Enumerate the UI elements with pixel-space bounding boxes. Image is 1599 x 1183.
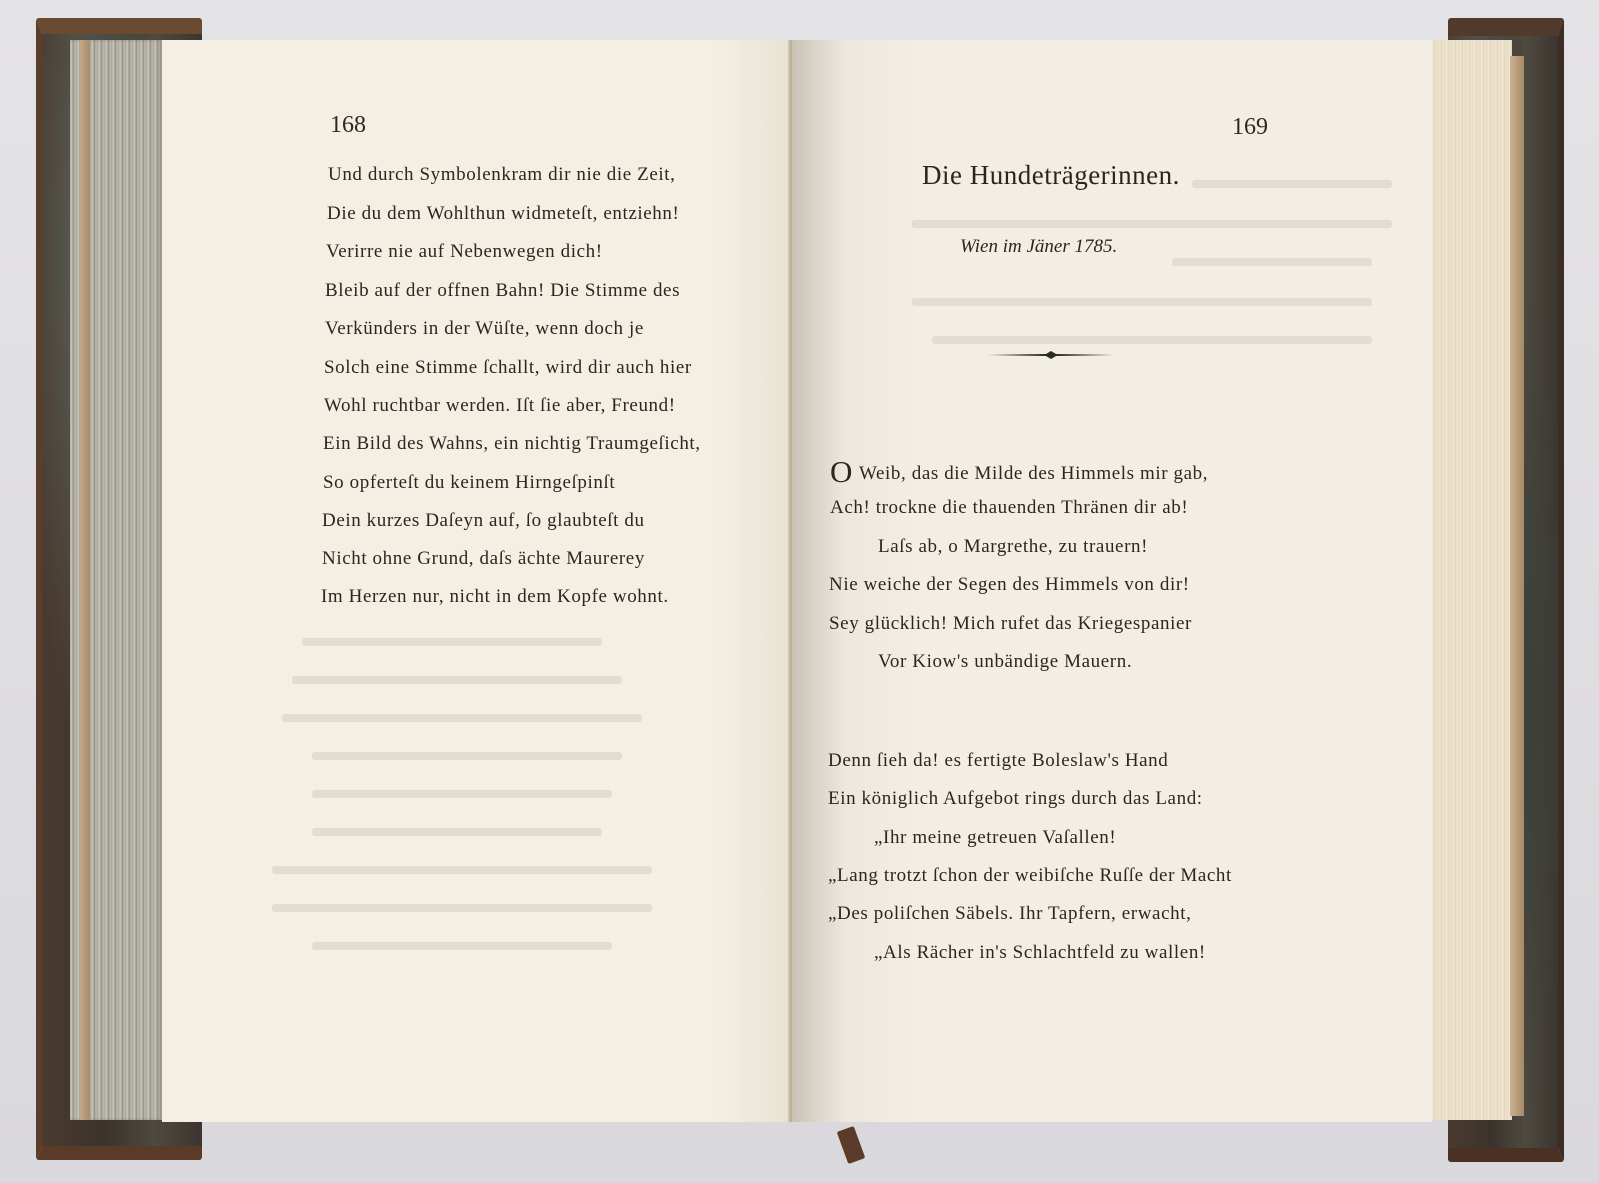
page-number: 168 — [330, 112, 366, 139]
text-line: Nie weiche der Segen des Himmels von dir… — [829, 574, 1190, 596]
text-line: Sey glücklich! Mich rufet das Kriegespan… — [829, 613, 1192, 635]
text-line: Bleib auf der offnen Bahn! Die Stimme de… — [325, 280, 680, 302]
text-line: Ach! trockne die thauenden Thränen dir a… — [830, 497, 1188, 519]
dropcap: O — [830, 454, 853, 489]
bleed-through — [1192, 180, 1392, 188]
text-line: Dein kurzes Daſeyn auf, ſo glaubteſt du — [322, 510, 645, 532]
poem-dateline: Wien im Jäner 1785. — [960, 236, 1117, 258]
text-line: Ein Bild des Wahns, ein nichtig Traumgeſ… — [323, 433, 701, 455]
bleed-through — [272, 866, 652, 874]
bleed-through — [272, 904, 652, 912]
text-line: Verkünders in der Wüſte, wenn doch je — [325, 318, 644, 340]
endpaper-right — [1510, 56, 1524, 1116]
text-line: Wohl ruchtbar werden. Iſt ſie aber, Freu… — [324, 395, 676, 417]
text-line: „Als Rächer in's Schlachtfeld zu wallen! — [874, 942, 1206, 964]
bleed-through — [912, 298, 1372, 306]
poem-title: Die Hundeträgerinnen. — [922, 160, 1180, 191]
text-line: Und durch Symbolenkram dir nie die Zeit, — [328, 164, 675, 186]
text-line: So opferteſt du keinem Hirngeſpinſt — [323, 472, 615, 494]
text-line: „Des poliſchen Säbels. Ihr Tapfern, erwa… — [828, 903, 1191, 925]
text-line: Verirre nie auf Nebenwegen dich! — [326, 241, 603, 263]
bleed-through — [912, 220, 1392, 228]
page-stack-right — [1428, 40, 1512, 1120]
headband-frayed — [837, 1126, 866, 1164]
text-line: Denn ſieh da! es fertigte Boleslaw's Han… — [828, 750, 1168, 772]
text-line: „Ihr meine getreuen Vaſallen! — [874, 827, 1116, 849]
text-line: Nicht ohne Grund, daſs ächte Maurerey — [322, 548, 645, 570]
text-line: „Lang trotzt ſchon der weibiſche Ruſſe d… — [828, 865, 1232, 887]
text-line: Vor Kiow's unbändige Mauern. — [878, 651, 1132, 673]
bleed-through — [312, 942, 612, 950]
bleed-through — [292, 676, 622, 684]
text-line: Die du dem Wohlthun widmeteſt, entziehn! — [327, 203, 679, 225]
text-line: Ein königlich Aufgebot rings durch das L… — [828, 788, 1203, 810]
bleed-through — [312, 790, 612, 798]
text-line: OWeib, das die Milde des Himmels mir gab… — [830, 454, 1208, 490]
bleed-through — [282, 714, 642, 722]
bleed-through — [312, 752, 622, 760]
endpaper-left — [80, 40, 90, 1120]
bleed-through — [302, 638, 602, 646]
text-line: Laſs ab, o Margrethe, zu trauern! — [878, 536, 1148, 558]
bleed-through — [312, 828, 602, 836]
page-number: 169 — [1232, 114, 1268, 141]
bleed-through — [932, 336, 1372, 344]
bleed-through — [1172, 258, 1372, 266]
text-line: Solch eine Stimme ſchallt, wird dir auch… — [324, 357, 692, 379]
text-line: Im Herzen nur, nicht in dem Kopfe wohnt. — [321, 586, 669, 608]
ornament-rule-icon — [986, 348, 1116, 366]
left-page: 168 Und durch Symbolenkram dir nie die Z… — [162, 40, 792, 1122]
open-book: 168 Und durch Symbolenkram dir nie die Z… — [36, 18, 1564, 1138]
right-page: 169 Die Hundeträgerinnen. Wien im Jäner … — [792, 40, 1432, 1122]
